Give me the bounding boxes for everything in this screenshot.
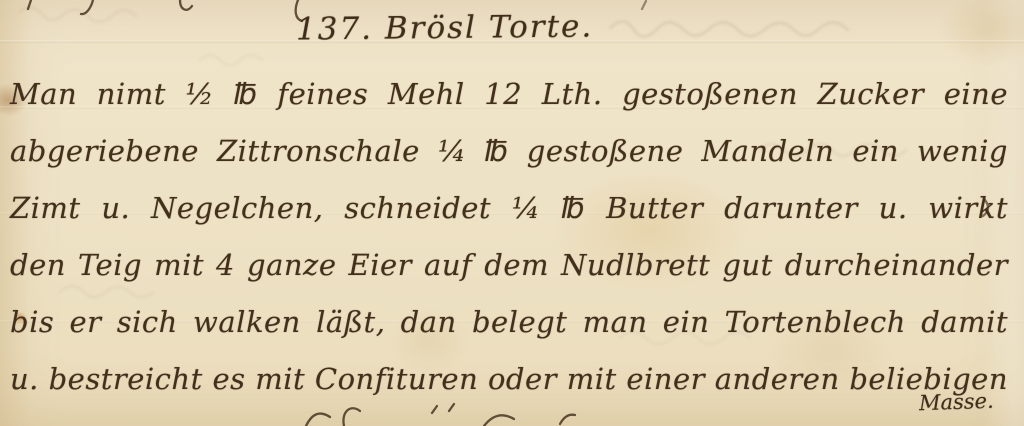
manuscript-line: Man nimt ½ ℔ feines Mehl 12 Lth. gestoße… (10, 66, 1008, 123)
manuscript-line: bis er sich walken läßt, dan belegt man … (10, 294, 1008, 351)
manuscript-line: abgeriebene Zittronschale ¼ ℔ gestoßene … (10, 123, 1008, 180)
recipe-body: Man nimt ½ ℔ feines Mehl 12 Lth. gestoße… (10, 66, 1008, 408)
manuscript-line: Zimt u. Negelchen, schneidet ¼ ℔ Butter … (10, 180, 1008, 237)
manuscript-page: 137. Brösl Torte. Man nimt ½ ℔ feines Me… (0, 0, 1024, 426)
manuscript-line: u. bestreicht es mit Confituren oder mit… (10, 351, 1008, 408)
manuscript-line: den Teig mit 4 ganze Eier auf dem Nudlbr… (10, 237, 1008, 294)
catchword: Masse. (919, 389, 994, 416)
recipe-title: 137. Brösl Torte. (296, 8, 594, 47)
